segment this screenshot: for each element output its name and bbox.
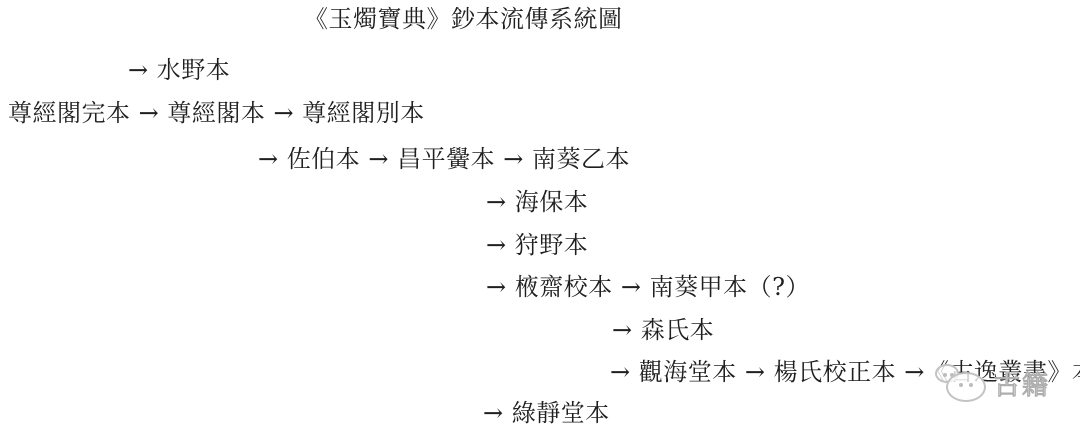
stemma-line-ryokuseido: → 綠靜堂本 xyxy=(483,399,610,428)
stemma-line-kaiho: → 海保本 xyxy=(486,188,588,217)
bubble-eye-dot xyxy=(969,383,973,387)
watermark-label: 古籍 xyxy=(994,373,1050,399)
bubble-eye-dot xyxy=(959,383,963,387)
stemma-diagram-page: 《玉燭寶典》鈔本流傳系統圖 → 水野本 尊經閣完本 → 尊經閣本 → 尊經閣別本… xyxy=(0,0,1080,434)
stemma-line-sonkeikaku: 尊經閣完本 → 尊經閣本 → 尊經閣別本 xyxy=(8,99,425,128)
page-title: 《玉燭寶典》鈔本流傳系統圖 xyxy=(304,5,623,34)
stemma-line-kano: → 狩野本 xyxy=(486,231,588,260)
bubble-tail xyxy=(947,398,955,406)
bubble-eye-dot xyxy=(943,373,947,377)
stemma-line-saeki: → 佐伯本 → 昌平黌本 → 南葵乙本 xyxy=(258,145,630,174)
speech-bubble-icon xyxy=(946,372,986,402)
stemma-line-ekisai: → 棭齋校本 → 南葵甲本（?） xyxy=(486,273,810,302)
stemma-line-morishi: → 森氏本 xyxy=(612,316,714,345)
watermark: 古籍 xyxy=(930,360,1080,415)
stemma-line-mizuno: → 水野本 xyxy=(128,56,230,85)
